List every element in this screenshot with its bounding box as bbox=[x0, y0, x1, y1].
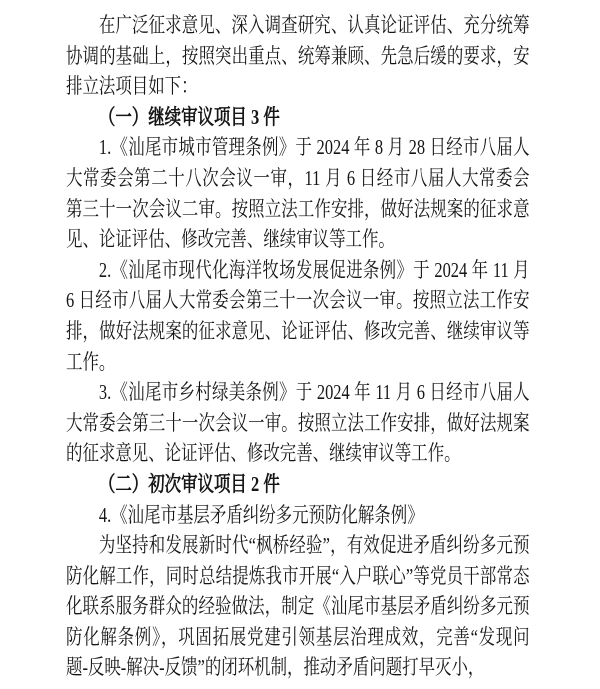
item-2-paragraph: 2.《汕尾市现代化海洋牧场发展促进条例》于 2024 年 11 月 6 日经市八… bbox=[66, 255, 530, 377]
section-1-heading: （一）继续审议项目 3 件 bbox=[66, 102, 530, 133]
item-3-paragraph: 3.《汕尾市乡村绿美条例》于 2024 年 11 月 6 日经市八届人大常委会第… bbox=[66, 377, 530, 469]
section-2-heading: （二）初次审议项目 2 件 bbox=[66, 469, 530, 500]
item-4-title-paragraph: 4.《汕尾市基层矛盾纠纷多元预防化解条例》 bbox=[66, 500, 530, 531]
document-body: 在广泛征求意见、深入调查研究、认真论证评估、充分统筹协调的基础上，按照突出重点、… bbox=[66, 10, 530, 683]
document-page: 在广泛征求意见、深入调查研究、认真论证评估、充分统筹协调的基础上，按照突出重点、… bbox=[0, 0, 600, 689]
item-1-paragraph: 1.《汕尾市城市管理条例》于 2024 年 8 月 28 日经市八届人大常委会第… bbox=[66, 132, 530, 254]
intro-paragraph: 在广泛征求意见、深入调查研究、认真论证评估、充分统筹协调的基础上，按照突出重点、… bbox=[66, 10, 530, 102]
item-4-description-paragraph: 为坚持和发展新时代“枫桥经验”，有效促进矛盾纠纷多元预防化解工作，同时总结提炼我… bbox=[66, 530, 530, 683]
